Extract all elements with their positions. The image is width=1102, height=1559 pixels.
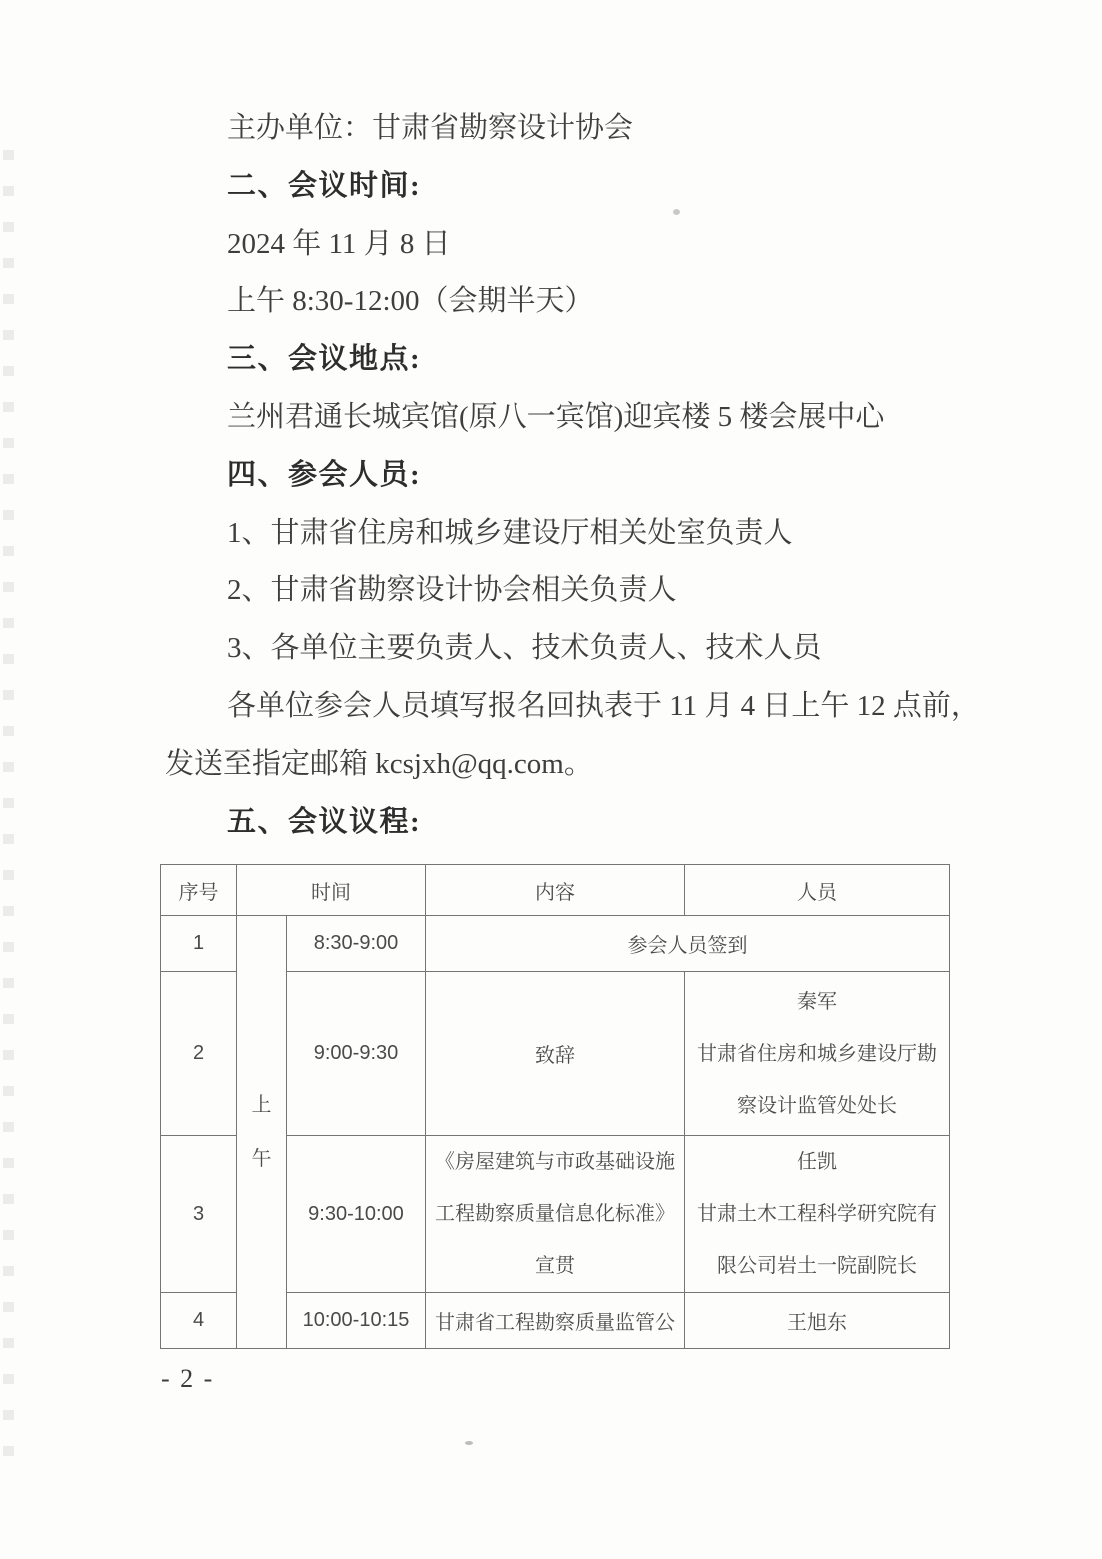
- agenda-header-person: 人员: [685, 865, 950, 916]
- agenda-row4-person: 王旭东: [685, 1293, 950, 1349]
- period-label: 上午: [252, 1078, 272, 1186]
- agenda-row3-time: 9:30-10:00: [287, 1136, 426, 1293]
- page-number: - 2 -: [161, 1364, 214, 1394]
- agenda-header-row: 序号 时间 内容 人员: [161, 865, 950, 916]
- heading-agenda: 五、会议议程:: [165, 794, 959, 852]
- agenda-row-1: 1 上午 8:30-9:00 参会人员签到: [161, 916, 950, 972]
- content-line: 宣贯: [426, 1240, 684, 1292]
- attendee-item-3: 3、各单位主要负责人、技术负责人、技术人员: [165, 620, 959, 678]
- attendee-item-1: 1、甘肃省住房和城乡建设厅相关处室负责人: [165, 505, 959, 563]
- document-body: 主办单位：甘肃省勘察设计协会 二、会议时间: 2024 年 11 月 8 日 上…: [165, 100, 959, 1349]
- scan-noise-strip: [3, 150, 14, 1470]
- agenda-row4-content: 甘肃省工程勘察质量监管公: [426, 1293, 685, 1349]
- registration-note-line-1: 各单位参会人员填写报名回执表于 11 月 4 日上午 12 点前，: [165, 678, 959, 736]
- agenda-row3-content: 《房屋建筑与市政基础设施 工程勘察质量信息化标准》 宣贯: [426, 1136, 685, 1293]
- content-line: 工程勘察质量信息化标准》: [426, 1188, 684, 1240]
- agenda-row3-no: 3: [161, 1136, 237, 1293]
- heading-meeting-time: 二、会议时间:: [165, 158, 959, 216]
- registration-note-line-2: 发送至指定邮箱 kcsjxh@qq.com。: [165, 736, 959, 794]
- agenda-row3-person: 任凯 甘肃土木工程科学研究院有 限公司岩土一院副院长: [685, 1136, 950, 1293]
- person-title-line: 甘肃土木工程科学研究院有: [685, 1188, 949, 1240]
- meeting-hours-line: 上午 8:30-12:00（会期半天）: [165, 273, 959, 331]
- agenda-row4-time: 10:00-10:15: [287, 1293, 426, 1349]
- agenda-header-time: 时间: [237, 865, 426, 916]
- agenda-row2-person: 秦军 甘肃省住房和城乡建设厅勘 察设计监管处处长: [685, 972, 950, 1136]
- person-title-line: 甘肃省住房和城乡建设厅勘: [685, 1028, 949, 1080]
- document-page: 主办单位：甘肃省勘察设计协会 二、会议时间: 2024 年 11 月 8 日 上…: [0, 0, 1102, 1559]
- heading-meeting-location: 三、会议地点:: [165, 331, 959, 389]
- agenda-header-no: 序号: [161, 865, 237, 916]
- agenda-header-content: 内容: [426, 865, 685, 916]
- meeting-date-line: 2024 年 11 月 8 日: [165, 216, 959, 274]
- person-name-line: 秦军: [685, 976, 949, 1028]
- agenda-row2-no: 2: [161, 972, 237, 1136]
- agenda-row2-content: 致辞: [426, 972, 685, 1136]
- agenda-row2-time: 9:00-9:30: [287, 972, 426, 1136]
- scan-speck: [465, 1441, 473, 1445]
- agenda-row4-no: 4: [161, 1293, 237, 1349]
- content-line: 《房屋建筑与市政基础设施: [426, 1136, 684, 1188]
- agenda-row1-time: 8:30-9:00: [287, 916, 426, 972]
- agenda-period-cell: 上午: [237, 916, 287, 1349]
- agenda-table-wrap: 序号 时间 内容 人员 1 上午 8:30-9:00 参会人员签到: [160, 864, 959, 1349]
- person-title-line: 察设计监管处处长: [685, 1080, 949, 1132]
- agenda-row1-content: 参会人员签到: [426, 916, 950, 972]
- person-title-line: 限公司岩土一院副院长: [685, 1240, 949, 1292]
- heading-attendees: 四、参会人员:: [165, 447, 959, 505]
- host-org-line: 主办单位：甘肃省勘察设计协会: [165, 100, 959, 158]
- meeting-location-line: 兰州君通长城宾馆(原八一宾馆)迎宾楼 5 楼会展中心: [165, 389, 959, 447]
- attendee-item-2: 2、甘肃省勘察设计协会相关负责人: [165, 562, 959, 620]
- agenda-table: 序号 时间 内容 人员 1 上午 8:30-9:00 参会人员签到: [160, 864, 950, 1349]
- agenda-row1-no: 1: [161, 916, 237, 972]
- person-name-line: 任凯: [685, 1136, 949, 1188]
